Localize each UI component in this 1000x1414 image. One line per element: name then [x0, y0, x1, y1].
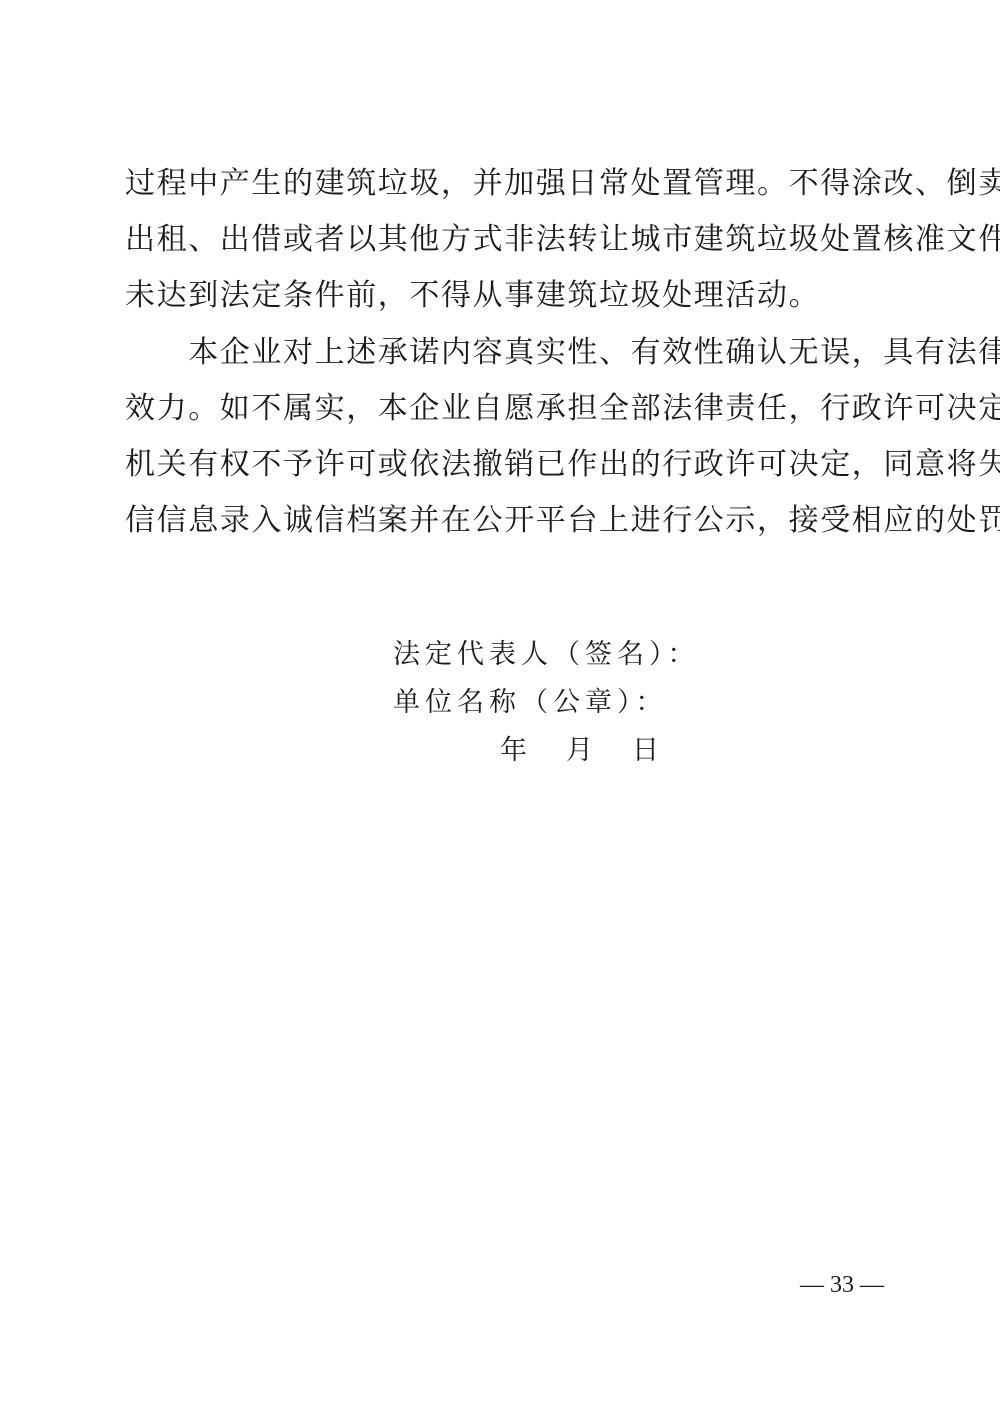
- text-line: 过程中产生的建筑垃圾，并加强日常处置管理。不得涂改、倒卖、: [125, 166, 885, 202]
- company-seal-label: 单位名称（公章）：: [393, 686, 668, 720]
- date-day-label: 日: [632, 734, 664, 768]
- text-line: 出租、出借或者以其他方式非法转让城市建筑垃圾处置核准文件。: [125, 222, 885, 258]
- page-number: — 33 —: [800, 1271, 884, 1299]
- text-line: 信信息录入诚信档案并在公开平台上进行公示，接受相应的处罚。: [125, 503, 885, 539]
- date-year-label: 年: [500, 734, 532, 768]
- text-line: 本企业对上述承诺内容真实性、有效性确认无误，具有法律: [125, 335, 885, 371]
- text-line: 未达到法定条件前，不得从事建筑垃圾处理活动。: [125, 278, 885, 314]
- text-line: 效力。如不属实，本企业自愿承担全部法律责任，行政许可决定: [125, 391, 885, 427]
- legal-representative-signature-label: 法定代表人（签名）：: [393, 638, 700, 672]
- text-line: 机关有权不予许可或依法撤销已作出的行政许可决定，同意将失: [125, 447, 885, 483]
- date-month-label: 月: [566, 734, 598, 768]
